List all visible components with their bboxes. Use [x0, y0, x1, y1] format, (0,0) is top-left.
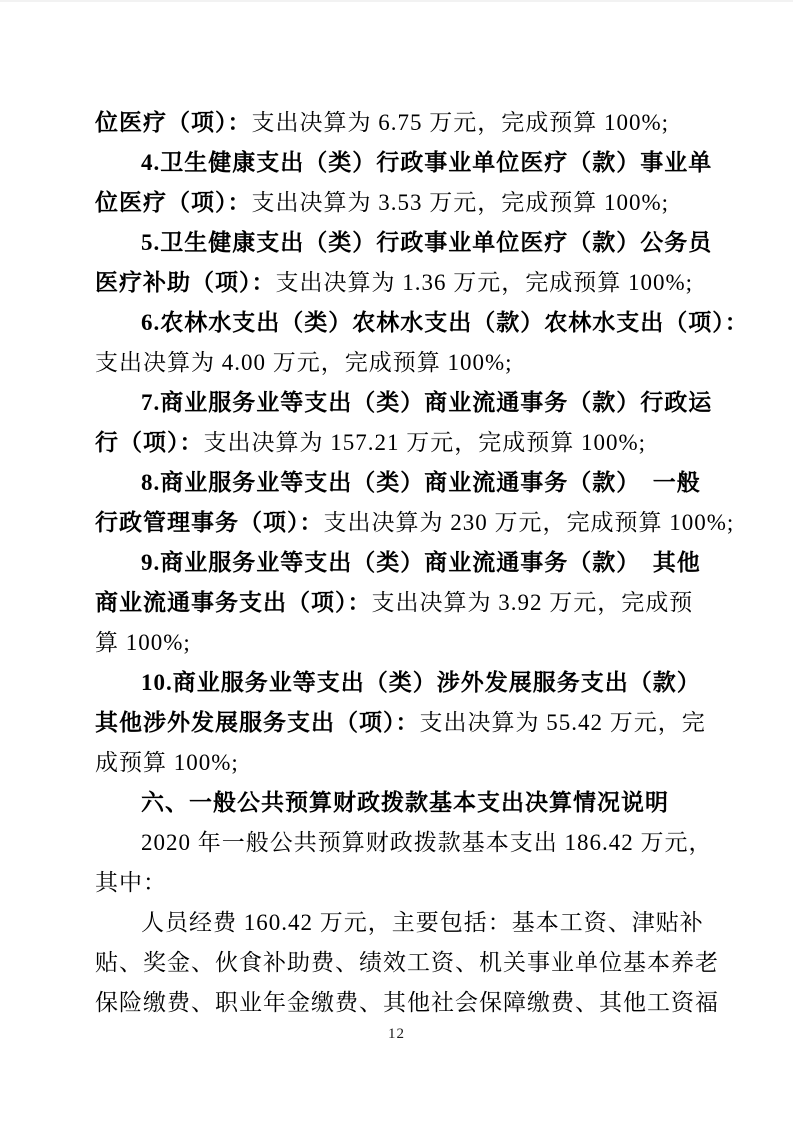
item-category-text: 9.商业服务业等支出（类）商业流通事务（款） 其他 — [141, 550, 701, 575]
item-category-text: 行（项）： — [95, 430, 204, 455]
item6-line-2: 支出决算为 4.00 万元，完成预算 100%; — [95, 343, 715, 383]
item-category-text: 7.商业服务业等支出（类）商业流通事务（款）行政运 — [141, 390, 712, 415]
personnel-line-2: 贴、奖金、伙食补助费、绩效工资、机关事业单位基本养老 — [95, 943, 715, 983]
item-category-text: 位医疗（项）： — [95, 190, 252, 215]
item4-line-1: 4.卫生健康支出（类）行政事业单位医疗（款）事业单 — [95, 143, 715, 183]
item-category-text: 医疗补助（项）： — [95, 270, 276, 295]
item-amount-text: 支出决算为 3.53 万元，完成预算 100%; — [252, 190, 670, 215]
personnel-line-3: 保险缴费、职业年金缴费、其他社会保障缴费、其他工资福 — [95, 983, 715, 1023]
section-heading: 六、一般公共预算财政拨款基本支出决算情况说明 — [95, 783, 715, 823]
item-category-text: 5.卫生健康支出（类）行政事业单位医疗（款）公务员 — [141, 230, 712, 255]
item-amount-text: 支出决算为 230 万元，完成预算 100%; — [324, 510, 735, 535]
personnel-body-text: 保险缴费、职业年金缴费、其他社会保障缴费、其他工资福 — [95, 990, 719, 1015]
summary-line-2: 其中： — [95, 863, 715, 903]
item-amount-text: 支出决算为 4.00 万元，完成预算 100%; — [95, 350, 513, 375]
item-category-text: 行政管理事务（项）： — [95, 510, 324, 535]
item-amount-text: 支出决算为 157.21 万元，完成预算 100%; — [204, 430, 647, 455]
item-amount-text: 支出决算为 6.75 万元，完成预算 100%; — [252, 110, 670, 135]
item-amount-text: 成预算 100%; — [95, 750, 239, 775]
item7-line-2: 行（项）：支出决算为 157.21 万元，完成预算 100%; — [95, 423, 715, 463]
item-category-text: 位医疗（项）： — [95, 110, 252, 135]
item-category-text: 8.商业服务业等支出（类）商业流通事务（款） 一般 — [141, 470, 701, 495]
item9-line-3: 算 100%; — [95, 623, 715, 663]
item-category-text: 其他涉外发展服务支出（项）： — [95, 710, 420, 735]
item5-line-2: 医疗补助（项）：支出决算为 1.36 万元，完成预算 100%; — [95, 263, 715, 303]
section-heading-text: 六、一般公共预算财政拨款基本支出决算情况说明 — [141, 790, 669, 815]
item8-line-1: 8.商业服务业等支出（类）商业流通事务（款） 一般 — [95, 463, 715, 503]
item6-line-1: 6.农林水支出（类）农林水支出（款）农林水支出（项）： — [95, 303, 715, 343]
item-amount-text: 支出决算为 3.92 万元，完成预 — [372, 590, 694, 615]
page-number: 12 — [0, 1026, 793, 1043]
item8-line-2: 行政管理事务（项）：支出决算为 230 万元，完成预算 100%; — [95, 503, 715, 543]
item4-line-2: 位医疗（项）：支出决算为 3.53 万元，完成预算 100%; — [95, 183, 715, 223]
item-category-text: 4.卫生健康支出（类）行政事业单位医疗（款）事业单 — [141, 150, 712, 175]
item9-line-1: 9.商业服务业等支出（类）商业流通事务（款） 其他 — [95, 543, 715, 583]
item-amount-text: 支出决算为 1.36 万元，完成预算 100%; — [276, 270, 694, 295]
personnel-body-text: 贴、奖金、伙食补助费、绩效工资、机关事业单位基本养老 — [95, 950, 719, 975]
summary-body-text: 2020 年一般公共预算财政拨款基本支出 186.42 万元， — [141, 830, 713, 855]
personnel-line-1: 人员经费 160.42 万元，主要包括：基本工资、津贴补 — [95, 903, 715, 943]
item9-line-2: 商业流通事务支出（项）：支出决算为 3.92 万元，完成预 — [95, 583, 715, 623]
item-amount-text: 算 100%; — [95, 630, 191, 655]
item-category-text: 商业流通事务支出（项）： — [95, 590, 372, 615]
document-body: 位医疗（项）：支出决算为 6.75 万元，完成预算 100%; 4.卫生健康支出… — [95, 103, 715, 1023]
item10-line-1: 10.商业服务业等支出（类）涉外发展服务支出（款） — [95, 663, 715, 703]
personnel-body-text: 人员经费 160.42 万元，主要包括：基本工资、津贴补 — [141, 910, 704, 935]
item7-line-1: 7.商业服务业等支出（类）商业流通事务（款）行政运 — [95, 383, 715, 423]
item10-line-3: 成预算 100%; — [95, 743, 715, 783]
summary-body-text: 其中： — [95, 870, 167, 895]
item5-line-1: 5.卫生健康支出（类）行政事业单位医疗（款）公务员 — [95, 223, 715, 263]
item-amount-text: 支出决算为 55.42 万元，完 — [420, 710, 706, 735]
item10-line-2: 其他涉外发展服务支出（项）：支出决算为 55.42 万元，完 — [95, 703, 715, 743]
item3-continuation-line: 位医疗（项）：支出决算为 6.75 万元，完成预算 100%; — [95, 103, 715, 143]
document-page: 位医疗（项）：支出决算为 6.75 万元，完成预算 100%; 4.卫生健康支出… — [0, 0, 793, 1124]
item-category-text: 10.商业服务业等支出（类）涉外发展服务支出（款） — [141, 670, 701, 695]
summary-line-1: 2020 年一般公共预算财政拨款基本支出 186.42 万元， — [95, 823, 715, 863]
item-category-text: 6.农林水支出（类）农林水支出（款）农林水支出（项）： — [141, 310, 749, 335]
